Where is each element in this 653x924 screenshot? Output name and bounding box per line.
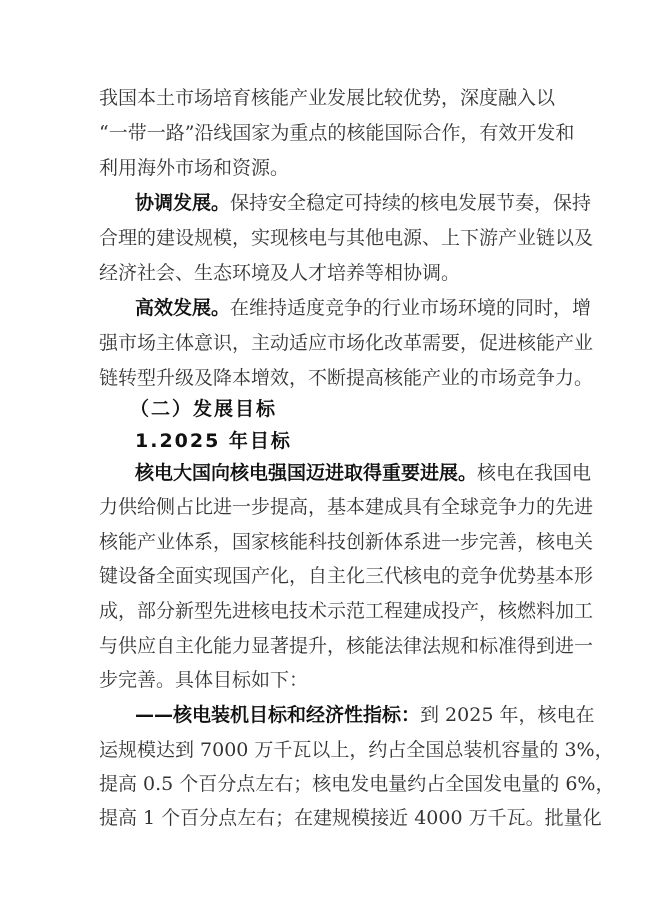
paragraph-4-line-2: 力供给侧占比进一步提高，基本建成具有全球竞争力的先进 [99, 495, 553, 519]
paragraph-4-line-7: 步完善。具体目标如下： [99, 668, 553, 692]
paragraph-3-line-3: 链转型升级及降本增效，不断提高核能产业的市场竞争力。 [99, 366, 553, 390]
paragraph-4-line-1-text: 核电在我国电 [477, 462, 591, 484]
subsection-heading: 1.2025 年目标 [135, 429, 292, 453]
paragraph-3-lead: 高效发展。 [135, 297, 230, 319]
paragraph-3-line-2: 强市场主体意识，主动适应市场化改革需要，促进核能产业 [99, 331, 553, 355]
paragraph-2-line-2: 合理的建设规模，实现核电与其他电源、上下游产业链以及 [99, 226, 553, 250]
paragraph-5-line-4: 提高 1 个百分点左右；在建规模接近 4000 万千瓦。批量化 [99, 806, 553, 830]
paragraph-5-line-1: ——核电装机目标和经济性指标：到 2025 年，核电在 [135, 703, 553, 727]
paragraph-4-lead: 核电大国向核电强国迈进取得重要进展。 [135, 462, 477, 484]
paragraph-2-lead: 协调发展。 [135, 192, 230, 214]
paragraph-4-line-3: 核能产业体系，国家核能科技创新体系进一步完善，核电关 [99, 530, 553, 554]
paragraph-5-lead: ——核电装机目标和经济性指标： [135, 704, 420, 726]
paragraph-4-line-6: 与供应自主化能力显著提升，核能法律法规和标准得到进一 [99, 634, 553, 658]
paragraph-1-line-1: 我国本土市场培育核能产业发展比较优势，深度融入以 [99, 86, 553, 110]
document-page: 我国本土市场培育核能产业发展比较优势，深度融入以 “一带一路”沿线国家为重点的核… [0, 0, 653, 924]
paragraph-4-line-5: 成，部分新型先进核电技术示范工程建成投产，核燃料加工 [99, 599, 553, 623]
paragraph-1-line-2: “一带一路”沿线国家为重点的核能国际合作，有效开发和 [99, 121, 553, 145]
paragraph-4-line-4: 键设备全面实现国产化，自主化三代核电的竞争优势基本形 [99, 564, 553, 588]
paragraph-1-line-3: 利用海外市场和资源。 [99, 156, 553, 180]
paragraph-5-line-2: 运规模达到 7000 万千瓦以上，约占全国总装机容量的 3%， [99, 738, 553, 762]
paragraph-4-line-1: 核电大国向核电强国迈进取得重要进展。核电在我国电 [135, 461, 553, 485]
paragraph-5-line-1-text: 到 2025 年，核电在 [420, 704, 594, 726]
paragraph-5-line-3: 提高 0.5 个百分点左右；核电发电量约占全国发电量的 6%， [99, 772, 553, 796]
paragraph-3-line-1: 高效发展。在维持适度竞争的行业市场环境的同时，增 [135, 296, 553, 320]
paragraph-2-line-3: 经济社会、生态环境及人才培养等相协调。 [99, 261, 553, 285]
section-heading: （二）发展目标 [130, 397, 277, 421]
paragraph-2-line-1-text: 保持安全稳定可持续的核电发展节奏，保持 [230, 192, 591, 214]
paragraph-3-line-1-text: 在维持适度竞争的行业市场环境的同时，增 [230, 297, 591, 319]
paragraph-2-line-1: 协调发展。保持安全稳定可持续的核电发展节奏，保持 [135, 191, 553, 215]
